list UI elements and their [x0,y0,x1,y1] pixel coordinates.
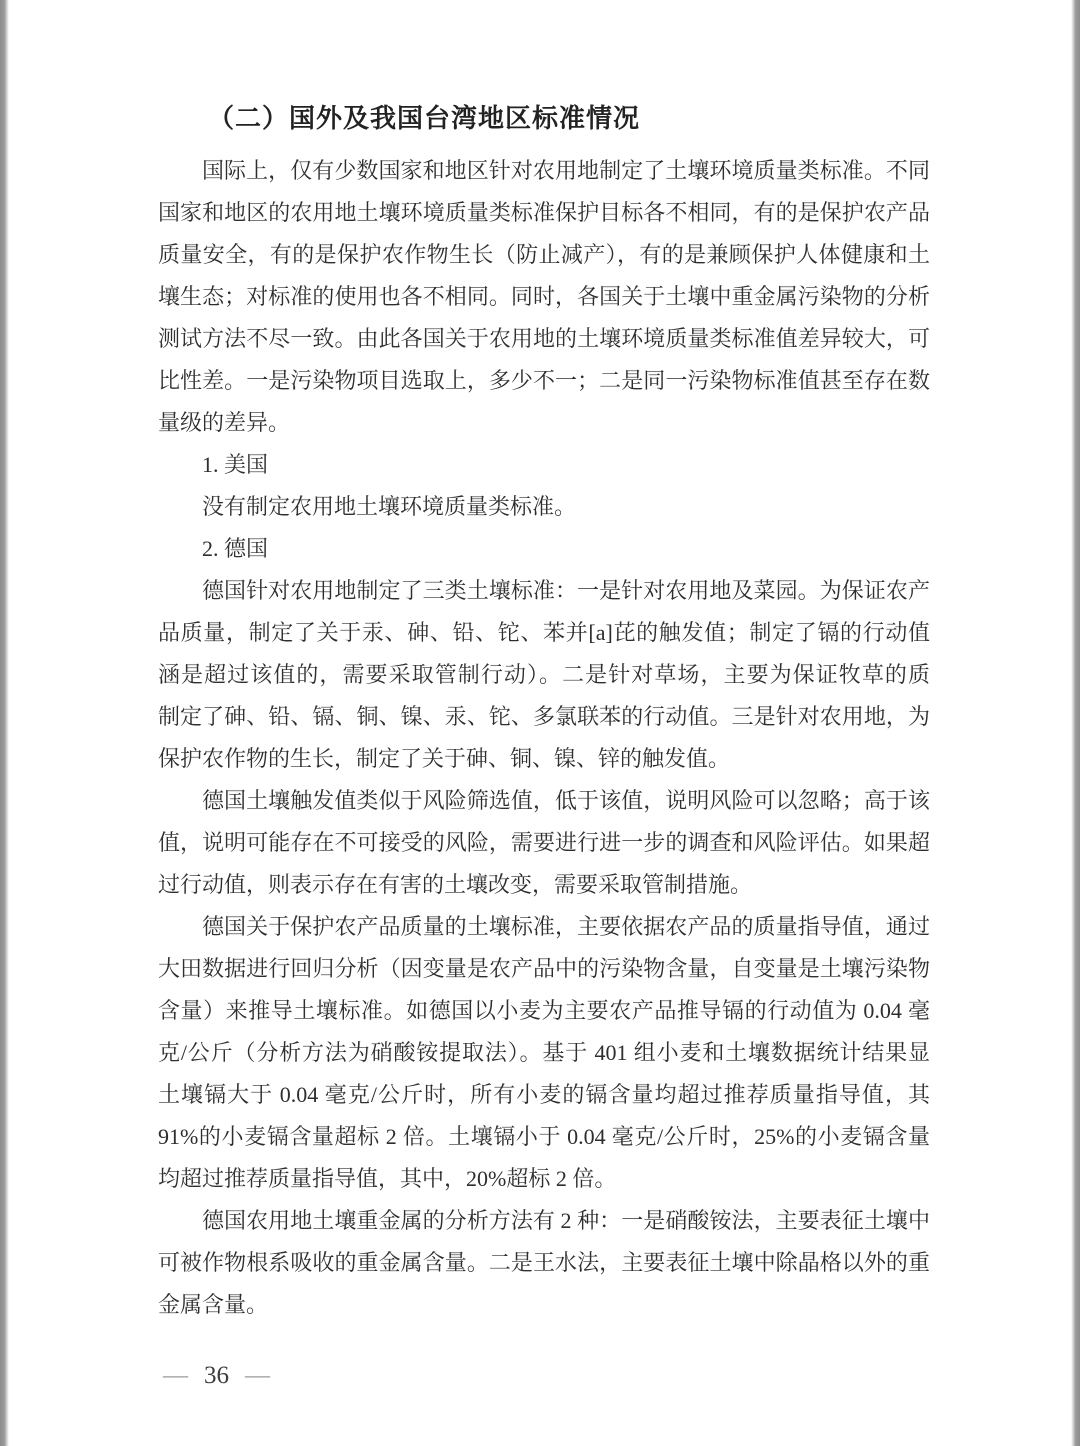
text-line: 值，说明可能存在不可接受的风险，需要进行进一步的调查和风险评估。如果超 [158,822,930,864]
text-line: 品质量，制定了关于汞、砷、铅、铊、苯并[a]芘的触发值；制定了镉的行动值（内 [158,612,930,654]
text-line: 德国农用地土壤重金属的分析方法有 2 种：一是硝酸铵法，主要表征土壤中 [158,1200,930,1242]
paragraph: 2. 德国 [158,528,930,570]
text-line: 2. 德国 [158,528,930,570]
paragraph: 国际上，仅有少数国家和地区针对农用地制定了土壤环境质量类标准。不同国家和地区的农… [158,150,930,444]
paragraph: 德国针对农用地制定了三类土壤标准：一是针对农用地及菜园。为保证农产品质量，制定了… [158,570,930,780]
footer-dash-left: — [163,1360,188,1392]
text-line: 土壤镉大于 0.04 毫克/公斤时，所有小麦的镉含量均超过推荐质量指导值，其中， [158,1074,930,1116]
text-line: 克/公斤（分析方法为硝酸铵提取法）。基于 401 组小麦和土壤数据统计结果显示， [158,1032,930,1074]
text-line: 涵是超过该值的，需要采取管制行动）。二是针对草场，主要为保证牧草的质量， [158,654,930,696]
text-line: 没有制定农用地土壤环境质量类标准。 [158,486,930,528]
text-line: 质量安全，有的是保护农作物生长（防止减产），有的是兼顾保护人体健康和土 [158,234,930,276]
text-line: 德国针对农用地制定了三类土壤标准：一是针对农用地及菜园。为保证农产 [158,570,930,612]
text-line: 金属含量。 [158,1284,930,1326]
paragraph: 没有制定农用地土壤环境质量类标准。 [158,486,930,528]
text-line: 保护农作物的生长，制定了关于砷、铜、镍、锌的触发值。 [158,738,930,780]
text-line: 国际上，仅有少数国家和地区针对农用地制定了土壤环境质量类标准。不同 [158,150,930,192]
text-line: 1. 美国 [158,444,930,486]
text-line: 比性差。一是污染物项目选取上，多少不一；二是同一污染物标准值甚至存在数 [158,360,930,402]
page-right-edge-shadow [1071,0,1080,1446]
paragraph: 1. 美国 [158,444,930,486]
text-line: 可被作物根系吸收的重金属含量。二是王水法，主要表征土壤中除晶格以外的重 [158,1242,930,1284]
document-content: （二）国外及我国台湾地区标准情况 国际上，仅有少数国家和地区针对农用地制定了土壤… [158,100,930,1326]
page-left-edge-shadow [0,0,9,1446]
section-heading: （二）国外及我国台湾地区标准情况 [158,100,930,138]
text-line: 过行动值，则表示存在有害的土壤改变，需要采取管制措施。 [158,864,930,906]
text-line: 德国土壤触发值类似于风险筛选值，低于该值，说明风险可以忽略；高于该 [158,780,930,822]
paragraph: 德国农用地土壤重金属的分析方法有 2 种：一是硝酸铵法，主要表征土壤中可被作物根… [158,1200,930,1326]
text-line: 国家和地区的农用地土壤环境质量类标准保护目标各不相同，有的是保护农产品 [158,192,930,234]
text-line: 大田数据进行回归分析（因变量是农产品中的污染物含量，自变量是土壤污染物 [158,948,930,990]
page-footer: — 36 — [163,1360,270,1392]
text-line: 测试方法不尽一致。由此各国关于农用地的土壤环境质量类标准值差异较大，可 [158,318,930,360]
text-line: 量级的差异。 [158,402,930,444]
text-line: 含量）来推导土壤标准。如德国以小麦为主要农产品推导镉的行动值为 0.04 毫 [158,990,930,1032]
text-line: 91%的小麦镉含量超标 2 倍。土壤镉小于 0.04 毫克/公斤时，25%的小麦… [158,1116,930,1158]
text-line: 制定了砷、铅、镉、铜、镍、汞、铊、多氯联苯的行动值。三是针对农用地，为 [158,696,930,738]
text-line: 均超过推荐质量指导值，其中，20%超标 2 倍。 [158,1158,930,1200]
paragraph-container: 国际上，仅有少数国家和地区针对农用地制定了土壤环境质量类标准。不同国家和地区的农… [158,150,930,1326]
paragraph: 德国关于保护农产品质量的土壤标准，主要依据农产品的质量指导值，通过大田数据进行回… [158,906,930,1200]
paragraph: 德国土壤触发值类似于风险筛选值，低于该值，说明风险可以忽略；高于该值，说明可能存… [158,780,930,906]
text-line: 壤生态；对标准的使用也各不相同。同时，各国关于土壤中重金属污染物的分析 [158,276,930,318]
page-number: 36 [204,1360,229,1392]
text-line: 德国关于保护农产品质量的土壤标准，主要依据农产品的质量指导值，通过 [158,906,930,948]
footer-dash-right: — [245,1360,270,1392]
document-page: （二）国外及我国台湾地区标准情况 国际上，仅有少数国家和地区针对农用地制定了土壤… [0,0,1080,1446]
